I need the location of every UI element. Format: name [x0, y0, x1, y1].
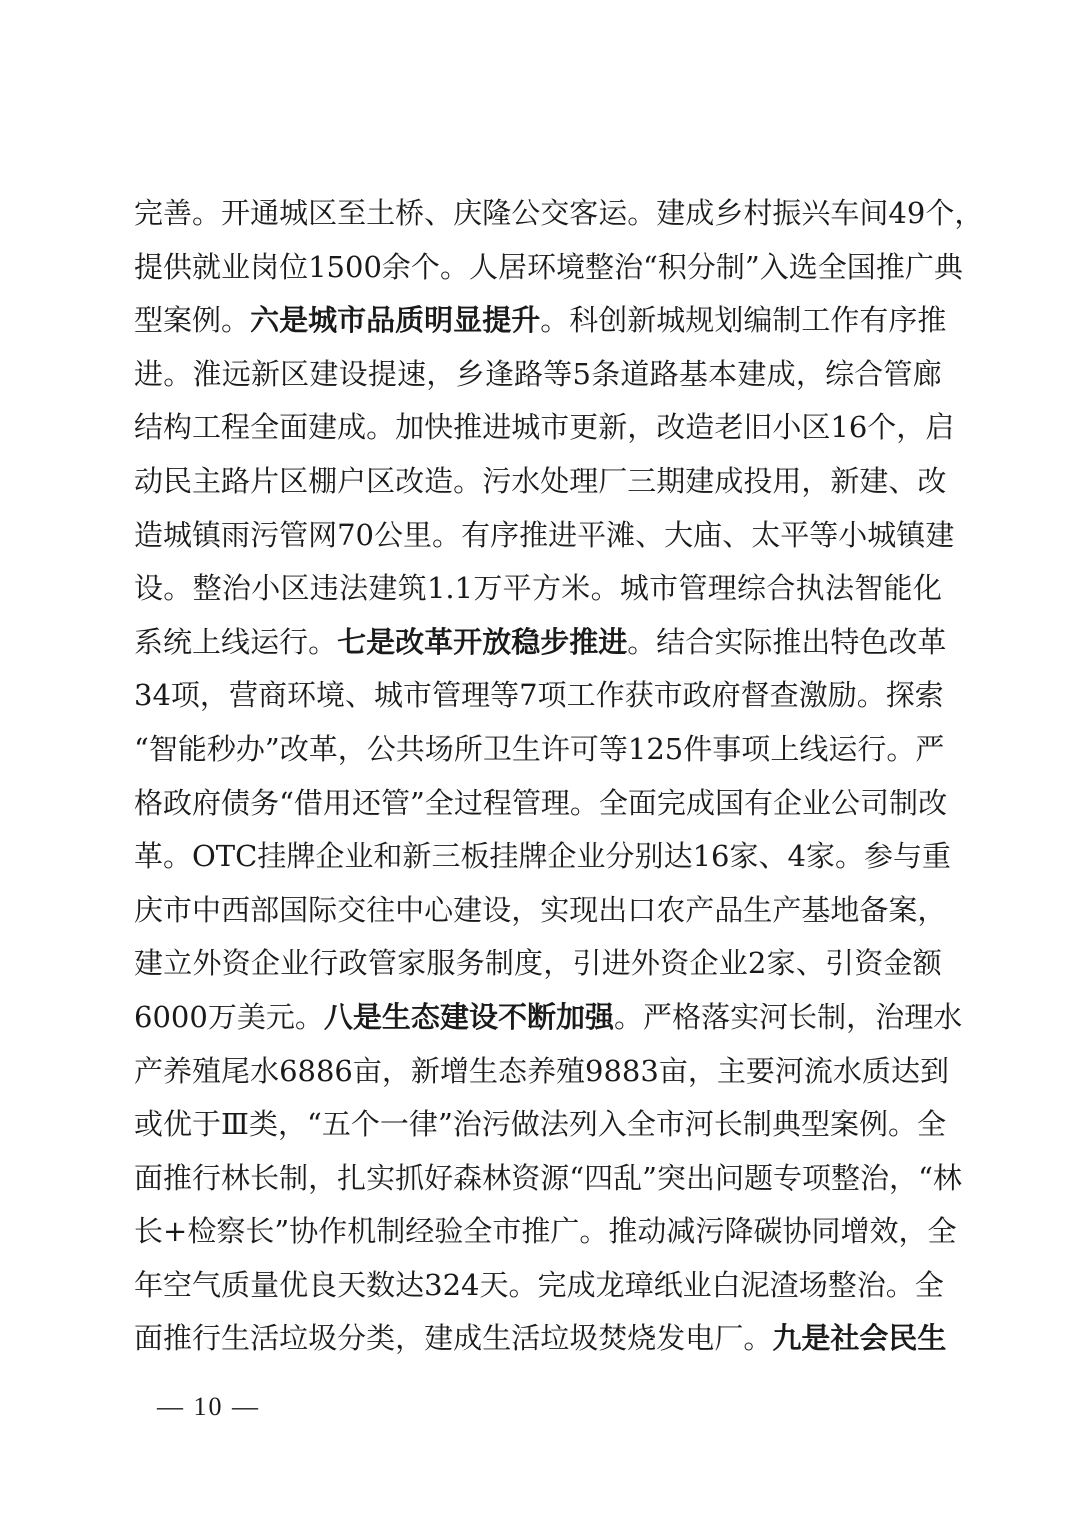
body-text-token: 治: [875, 991, 904, 1045]
body-text-token: 基: [679, 348, 708, 402]
body-text-token: 成: [567, 1259, 596, 1313]
body-text-token: ”: [265, 723, 280, 777]
body-text-token: 优: [163, 1098, 192, 1152]
body-text-token: 分: [606, 830, 635, 884]
body-text-token: 作: [830, 294, 859, 348]
body-text-token: 焚: [598, 1312, 627, 1366]
body-text-token: 全: [463, 1205, 492, 1259]
body-text-token: 府: [192, 777, 221, 831]
body-text-token: “: [569, 1152, 584, 1206]
body-text-token: 圾: [569, 1312, 598, 1366]
body-text-token: 圾: [308, 1312, 337, 1366]
body-text-token: 、: [722, 509, 751, 563]
body-text-token: 许: [541, 723, 570, 777]
body-text-token: 结: [656, 616, 685, 670]
body-text-token: 区: [308, 187, 337, 241]
body-text-token: 车: [830, 187, 859, 241]
body-text-token: 运: [828, 723, 857, 777]
body-text-token: 镇: [192, 509, 221, 563]
body-text-token: 资: [511, 1152, 540, 1206]
body-text-token: “: [307, 1098, 322, 1152]
body-text-token: 行: [192, 1312, 221, 1366]
body-text-token: 法: [540, 1098, 569, 1152]
body-text-token: 。: [163, 562, 192, 616]
body-text-token: 尾: [221, 1045, 250, 1099]
body-text-token: 营: [229, 669, 258, 723]
body-text-token: 推: [519, 509, 548, 563]
body-text-token: 智: [854, 562, 883, 616]
bold-heading-text: 是: [801, 1312, 830, 1366]
body-text-token: 产: [134, 1045, 163, 1099]
body-text-token: 西: [221, 884, 250, 938]
body-text-token: 长: [788, 991, 817, 1045]
body-text-token: 事: [712, 723, 741, 777]
body-text-token: 。: [627, 187, 656, 241]
body-text-token: 网: [308, 509, 337, 563]
document-page: 完善。开通城区至土桥、庆隆公交客运。建成乡村振兴车间49个，提供就业岗位1500…: [0, 0, 1074, 1520]
body-text-token: 。: [432, 509, 461, 563]
body-text-token: 。: [192, 187, 221, 241]
body-text-token: 治: [614, 241, 643, 295]
body-text-token: 划: [714, 294, 743, 348]
body-text-token: 乡: [456, 348, 485, 402]
body-text-token: 产: [772, 884, 801, 938]
bold-heading-text: 建: [440, 991, 469, 1045]
body-text-token: ，: [395, 1312, 424, 1366]
body-text-token: 建: [309, 348, 338, 402]
body-text-token: 构: [163, 401, 192, 455]
body-text-token: 能: [884, 562, 913, 616]
body-text-token: ，: [796, 348, 825, 402]
body-text-token: 生: [512, 723, 541, 777]
body-text-token: 市: [492, 1205, 521, 1259]
body-text-token: 要: [746, 1045, 775, 1099]
body-text-token: 间: [859, 187, 888, 241]
body-text-token: 。: [570, 777, 599, 831]
body-text-token: ，: [627, 401, 656, 455]
text-line: 长+检察长”协作机制经验全市推广。推动减污降碳协同增效，全: [134, 1205, 942, 1259]
body-text-token: 养: [527, 1045, 556, 1099]
body-text-token: 面: [134, 1152, 163, 1206]
body-text-token: 电: [685, 1312, 714, 1366]
body-text-token: 余: [382, 241, 411, 295]
body-text-token: 出: [801, 616, 830, 670]
body-text-token: 卫: [483, 723, 512, 777]
body-text-token: 主: [717, 1045, 746, 1099]
body-text-token: 服: [426, 937, 455, 991]
body-text-token: 入: [598, 1098, 627, 1152]
body-text-token: 振: [772, 187, 801, 241]
body-text-token: 政: [339, 937, 368, 991]
bold-heading-text: 强: [585, 991, 614, 1045]
body-text-token: ”: [438, 1098, 453, 1152]
body-text-token: 公: [831, 777, 860, 831]
body-text-token: 。: [540, 294, 569, 348]
body-text-token: 牌: [286, 830, 315, 884]
body-text-token: 个: [867, 401, 896, 455]
body-text-token: 同: [811, 1205, 840, 1259]
body-text-token: 等: [809, 509, 838, 563]
body-text-token: 、: [759, 830, 788, 884]
body-text-token: 典: [934, 241, 963, 295]
body-text-token: 长: [134, 1205, 163, 1259]
body-text-token: 执: [796, 562, 825, 616]
body-text-token: 协: [289, 1205, 318, 1259]
body-text-token: 实: [540, 884, 569, 938]
body-text-token: 质: [862, 1045, 891, 1099]
body-text-token: 综: [737, 562, 766, 616]
body-text-token: ，: [338, 723, 367, 777]
body-text-token: 落: [701, 991, 730, 1045]
bold-heading-text: 六: [250, 294, 279, 348]
body-text-token: 生: [482, 1312, 511, 1366]
body-text-token: 推: [608, 1205, 637, 1259]
body-text-token: 市: [403, 669, 432, 723]
body-text-token: 。: [453, 455, 482, 509]
body-text-token: 市: [540, 401, 569, 455]
body-text-token: 业: [280, 937, 309, 991]
body-text-token: 岗: [250, 241, 279, 295]
body-text-token: 科: [569, 294, 598, 348]
body-text-token: 制: [279, 1152, 308, 1206]
body-text-token: 厂: [598, 455, 627, 509]
body-text-token: 挂: [257, 830, 286, 884]
body-text-token: 察: [216, 1205, 245, 1259]
page-number: — 10 —: [157, 1392, 260, 1422]
body-text-token: ，: [896, 401, 925, 455]
body-text-token: 居: [498, 241, 527, 295]
body-text-token: 个: [925, 187, 954, 241]
body-text-token: 49: [888, 187, 925, 241]
body-text-token: 区: [279, 455, 308, 509]
bold-heading-text: 明: [424, 294, 453, 348]
body-text-token: 提: [134, 241, 163, 295]
body-text-token: 、: [888, 455, 917, 509]
body-text-token: 整: [585, 241, 614, 295]
body-text-token: 、: [796, 937, 825, 991]
body-text-token: 7: [519, 669, 537, 723]
body-text-token: 类: [366, 1312, 395, 1366]
body-text-token: 格: [134, 777, 163, 831]
body-text-token: 序: [490, 509, 519, 563]
body-text-token: 民: [163, 455, 192, 509]
text-line: 提供就业岗位1500余个。人居环境整治“积分制”入选全国推广典: [134, 241, 942, 295]
body-text-token: 家: [397, 937, 426, 991]
body-text-token: 企: [773, 777, 802, 831]
body-text-token: 。: [591, 562, 620, 616]
body-text-token: 位: [279, 241, 308, 295]
body-text-token: ，: [801, 455, 830, 509]
body-text-token: 色: [859, 616, 888, 670]
body-text-token: 面: [628, 777, 657, 831]
body-text-token: 全: [915, 1259, 944, 1313]
body-text-token: 广: [905, 241, 934, 295]
body-text-token: 严: [915, 723, 944, 777]
body-text-token: 公: [367, 723, 396, 777]
body-text-token: 养: [163, 1045, 192, 1099]
body-text-token: 业: [802, 777, 831, 831]
body-text-token: 进: [134, 348, 163, 402]
body-text-token: ，: [278, 1098, 307, 1152]
body-text-token: 设: [482, 884, 511, 938]
body-text-token: 建: [685, 455, 714, 509]
body-text-token: ”: [642, 1152, 657, 1206]
body-text-token: 污: [250, 509, 279, 563]
body-text-token: 污: [482, 1098, 511, 1152]
body-text-token: 动: [134, 455, 163, 509]
body-text-token: 督: [741, 669, 770, 723]
body-text-token: 工: [192, 401, 221, 455]
body-text-token: 做: [511, 1098, 540, 1152]
body-text-token: ，: [543, 937, 572, 991]
body-text-token: 天: [480, 1259, 509, 1313]
body-text-token: 庆: [453, 187, 482, 241]
body-text-token: 府: [712, 669, 741, 723]
body-text-token: 三: [431, 830, 460, 884]
body-text-token: 际: [743, 616, 772, 670]
body-text-token: 万: [473, 562, 502, 616]
body-text-token: 烧: [627, 1312, 656, 1366]
body-text-token: 例: [192, 294, 221, 348]
body-text-token: 交: [540, 187, 569, 241]
body-text-token: 等: [599, 723, 628, 777]
body-text-token: 建: [308, 401, 337, 455]
body-text-token: 完: [134, 187, 163, 241]
bold-heading-text: 是: [353, 991, 382, 1045]
body-text-token: 行: [857, 723, 886, 777]
body-text-token: 律: [409, 1098, 438, 1152]
body-text-token: 片: [250, 455, 279, 509]
body-text-token: 城: [620, 562, 649, 616]
body-text-token: 16: [830, 401, 867, 455]
body-text-token: 人: [469, 241, 498, 295]
body-text-token: 量: [250, 1259, 279, 1313]
body-text-token: 司: [860, 777, 889, 831]
body-text-token: Ⅲ: [221, 1098, 249, 1152]
body-text-token: 品: [714, 884, 743, 938]
body-text-token: 推: [521, 1205, 550, 1259]
body-text-token: ，: [899, 1205, 928, 1259]
body-text-token: 区: [280, 562, 309, 616]
body-text-token: 典: [772, 1098, 801, 1152]
body-text-token: 长: [250, 1152, 279, 1206]
body-text-token: 或: [134, 1098, 163, 1152]
body-text-token: 面: [279, 401, 308, 455]
bold-heading-text: 生: [382, 991, 411, 1045]
body-text-token: 进: [548, 509, 577, 563]
body-text-token: 垃: [540, 1312, 569, 1366]
body-text-token: 善: [163, 187, 192, 241]
body-text-token: 。: [614, 991, 643, 1045]
body-text-token: 创: [598, 294, 627, 348]
body-text-token: 场: [799, 1259, 828, 1313]
body-text-token: 提: [368, 348, 397, 402]
body-text-token: 企: [315, 830, 344, 884]
body-text-token: OTC: [192, 830, 257, 884]
body-text-token: 问: [715, 1152, 744, 1206]
body-text-token: 滩: [606, 509, 635, 563]
body-text-token: 家: [767, 937, 796, 991]
body-text-token: 里: [403, 509, 432, 563]
body-text-token: 减: [666, 1205, 695, 1259]
body-text-token: 成: [337, 401, 366, 455]
body-text-token: 长: [245, 1205, 274, 1259]
body-text-token: ，: [954, 187, 983, 241]
body-text-token: 题: [744, 1152, 773, 1206]
body-text-token: 线: [221, 616, 250, 670]
body-text-token: 管: [512, 777, 541, 831]
body-text-token: 本: [708, 348, 737, 402]
body-text-token: 建: [134, 937, 163, 991]
body-text-token: 建: [925, 509, 954, 563]
body-text-token: 建: [737, 348, 766, 402]
body-text-token: 境: [316, 669, 345, 723]
body-text-token: 有: [461, 509, 490, 563]
body-text-token: 处: [540, 455, 569, 509]
body-text-token: 革: [134, 830, 163, 884]
body-text-token: 改: [888, 616, 917, 670]
body-text-token: 全: [250, 401, 279, 455]
body-text-token: 建: [424, 1312, 453, 1366]
body-text-token: 运: [250, 616, 279, 670]
body-text-token: 。: [886, 1259, 915, 1313]
body-text-token: 资: [660, 937, 689, 991]
body-text-token: 小: [772, 401, 801, 455]
body-text-token: 气: [192, 1259, 221, 1313]
body-text-token: 合: [766, 562, 795, 616]
body-text-token: 增: [841, 1205, 870, 1259]
body-text-token: 抓: [395, 1152, 424, 1206]
body-text-token: 行: [192, 1152, 221, 1206]
body-text-token: 编: [743, 294, 772, 348]
text-line: 34项，营商环境、城市管理等7项工作获市政府督查激励。探索: [134, 669, 942, 723]
body-text-token: 建: [656, 187, 685, 241]
body-text-token: 河: [775, 1045, 804, 1099]
body-text-token: 污: [482, 455, 511, 509]
body-text-token: 统: [163, 616, 192, 670]
body-text-token: 治: [222, 562, 251, 616]
body-text-token: 励: [828, 669, 857, 723]
body-text-token: 林: [933, 1152, 962, 1206]
body-text-token: 突: [657, 1152, 686, 1206]
body-text-token: 投: [743, 455, 772, 509]
body-text-token: 。: [888, 1098, 917, 1152]
body-text-token: 城: [163, 509, 192, 563]
body-text-token: ，: [917, 884, 946, 938]
body-text-token: 产: [685, 884, 714, 938]
body-text-token: 所: [454, 723, 483, 777]
body-text-token: 理: [569, 455, 598, 509]
body-text-token: 业: [577, 830, 606, 884]
body-text-token: 工: [567, 669, 596, 723]
body-text-token: 天: [337, 1259, 366, 1313]
body-text-token: 棚: [308, 455, 337, 509]
body-text-token: 办: [236, 723, 265, 777]
body-text-token: 四: [584, 1152, 613, 1206]
body-text-token: 参: [864, 830, 893, 884]
body-text-token: 到: [920, 1045, 949, 1099]
bold-heading-text: 市: [337, 294, 366, 348]
body-text-token: 城: [867, 509, 896, 563]
body-text-token: 出: [686, 1152, 715, 1206]
body-text-token: 管: [368, 937, 397, 991]
bold-heading-text: 七: [337, 616, 366, 670]
body-text-token: 例: [859, 1098, 888, 1152]
body-text-token: 亩: [659, 1045, 688, 1099]
body-text-token: 治: [857, 1259, 886, 1313]
body-text-token: 。: [886, 723, 915, 777]
body-text-token: 外: [192, 937, 221, 991]
body-text-token: ，: [846, 991, 875, 1045]
body-text-token: 可: [570, 723, 599, 777]
body-text-token: 方: [532, 562, 561, 616]
body-text-token: 降: [724, 1205, 753, 1259]
body-text-token: 治: [453, 1098, 482, 1152]
body-text-token: 验: [434, 1205, 463, 1259]
body-text-token: 平: [503, 562, 532, 616]
body-text-token: 设: [339, 348, 368, 402]
body-text-token: 制: [817, 991, 846, 1045]
body-text-token: 制: [376, 1205, 405, 1259]
body-text-token: 水: [833, 1045, 862, 1099]
body-text-token: 数: [366, 1259, 395, 1313]
text-line: 动民主路片区棚户区改造。污水处理厂三期建成投用，新建、改: [134, 455, 942, 509]
bold-heading-text: 民: [888, 1312, 917, 1366]
body-text-token: 河: [759, 991, 788, 1045]
body-text-token: 。: [835, 830, 864, 884]
body-text-token: 125: [628, 723, 683, 777]
body-text-token: ”: [745, 241, 760, 295]
body-text-token: 政: [683, 669, 712, 723]
body-text-token: 外: [631, 937, 660, 991]
body-text-token: 引: [573, 937, 602, 991]
body-text-token: 厂: [714, 1312, 743, 1366]
body-text-token: 过: [454, 777, 483, 831]
body-text-token: “: [134, 723, 149, 777]
body-text-token: 家: [729, 830, 758, 884]
body-text-token: 企: [689, 937, 718, 991]
body-text-token: 环: [287, 669, 316, 723]
body-text-token: 境: [556, 241, 585, 295]
body-text-token: 快: [424, 401, 453, 455]
body-text-token: 借: [294, 777, 323, 831]
bold-heading-text: 是: [366, 616, 395, 670]
body-text-token: 达: [664, 830, 693, 884]
body-text-token: 平: [577, 509, 606, 563]
body-text-token: 等: [490, 669, 519, 723]
body-text-token: ，: [688, 1045, 717, 1099]
body-text-token: 商: [258, 669, 287, 723]
bold-heading-text: 步: [540, 616, 569, 670]
body-text-token: 廊: [913, 348, 942, 402]
body-text-token: 板: [460, 830, 489, 884]
body-text-token: 兴: [801, 187, 830, 241]
body-text-token: 资: [222, 937, 251, 991]
body-text-token: 型: [134, 294, 163, 348]
body-text-token: 道: [620, 348, 649, 402]
body-text-token: 城: [656, 294, 685, 348]
body-text-token: 格: [672, 991, 701, 1045]
body-text-token: 管: [279, 509, 308, 563]
body-text-token: 能: [178, 723, 207, 777]
body-text-token: 全: [818, 241, 847, 295]
body-text-token: 1.1: [427, 562, 473, 616]
body-text-token: ，: [426, 348, 455, 402]
body-text-token: “: [279, 777, 294, 831]
body-text-token: 建: [368, 562, 397, 616]
body-text-token: 公: [374, 509, 403, 563]
body-text-token: 改: [656, 401, 685, 455]
